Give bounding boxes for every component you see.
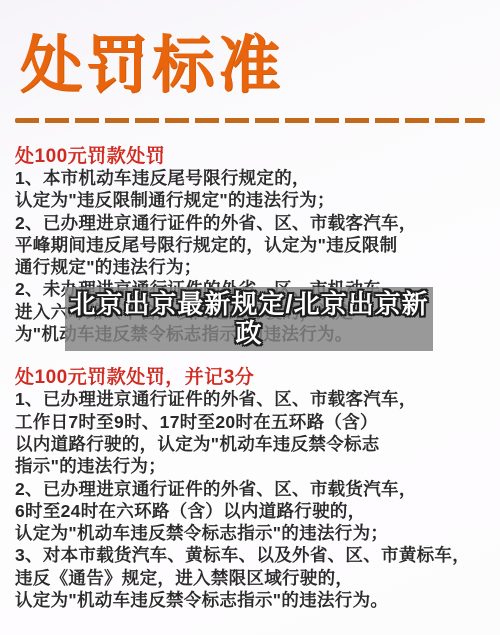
regulation-line: 以内道路行驶的，认定为"机动车违反禁令标志: [15, 433, 488, 455]
watermark-text-line1: 北京出京最新规定/北京出京新: [69, 290, 428, 319]
regulation-line: 认定为"机动车违反禁令标志指示"的违法行为。: [15, 589, 488, 611]
regulation-line: 认定为"机动车违反禁令标志指示"的违法行为；: [15, 522, 488, 544]
regulation-line: 2、已办理进京通行证件的外省、区、市载客汽车，: [15, 212, 488, 234]
watermark-text-line2: 政: [235, 319, 262, 348]
regulation-line: 6时至24时在六环路（含）以内道路行驶的，: [15, 500, 488, 522]
page-title: 处罚标准: [20, 0, 488, 99]
regulation-line: 2、已办理进京通行证件的外省、区、市载货汽车，: [15, 478, 488, 500]
regulation-line: 通行规定"的违法行为；: [15, 256, 488, 278]
section-heading: 处100元罚款处罚，并记3分: [15, 367, 488, 388]
regulation-line: 工作日7时至9时、17时至20时在五环路（含）: [15, 411, 488, 433]
section-heading: 处100元罚款处罚: [15, 146, 488, 167]
regulation-line: 认定为"违反限制通行规定"的违法行为；: [15, 189, 488, 211]
regulation-line: 1、已办理进京通行证件的外省、区、市载客汽车，: [15, 388, 488, 410]
regulation-line: 1、本市机动车违反尾号限行规定的，: [15, 167, 488, 189]
dashed-divider: [15, 118, 485, 123]
penalty-standards-poster: 处罚标准 处100元罚款处罚 1、本市机动车违反尾号限行规定的， 认定为"违反限…: [0, 0, 500, 635]
regulation-line: 平峰期间违反尾号限行规定的，认定为"违反限制: [15, 234, 488, 256]
section-fine-100-points-3: 处100元罚款处罚，并记3分 1、已办理进京通行证件的外省、区、市载客汽车， 工…: [15, 367, 488, 611]
regulation-line: 指示"的违法行为；: [15, 455, 488, 477]
regulation-line: 违反《通告》规定，进入禁限区域行驶的，: [15, 567, 488, 589]
watermark-overlay: 北京出京最新规定/北京出京新 政: [65, 287, 433, 351]
regulation-line: 3、对本市载货汽车、黄标车、以及外省、区、市黄标车，: [15, 544, 488, 566]
